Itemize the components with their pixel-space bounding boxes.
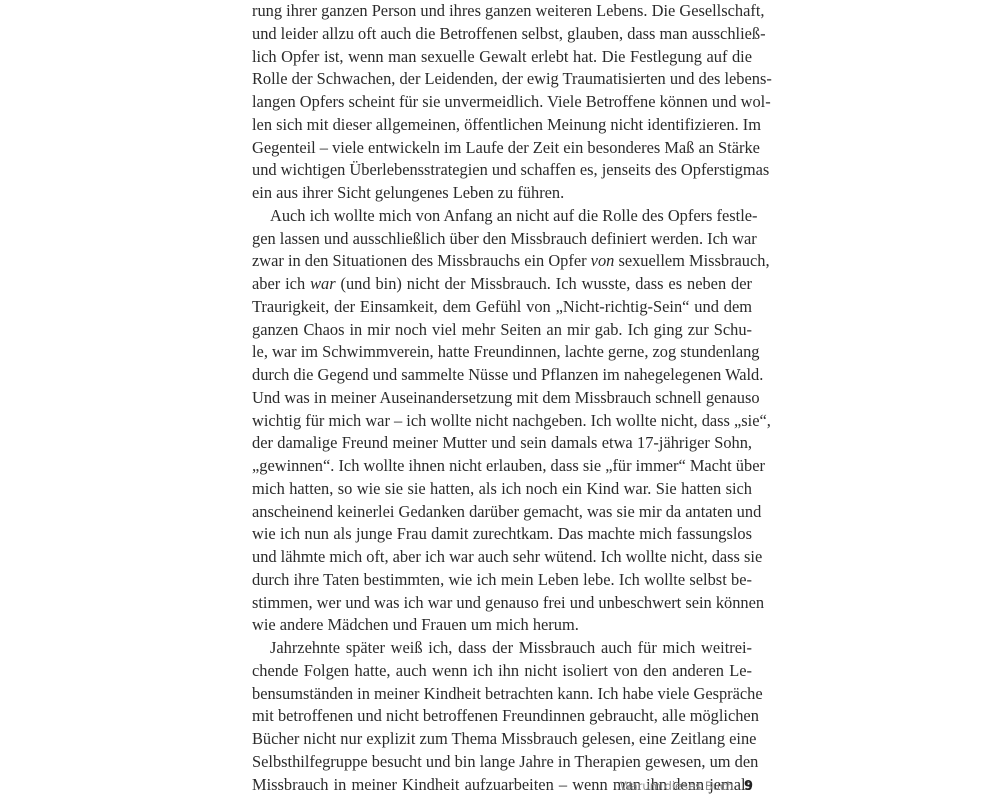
text-line: anscheinend keinerlei Gedanken darüber g… — [252, 501, 752, 524]
text-line: und leider allzu oft auch die Betroffene… — [252, 23, 752, 46]
running-head: Warum dieses Buch — [620, 779, 734, 793]
text-segment: aber ich — [252, 274, 310, 293]
page-number: 9 — [744, 779, 753, 794]
text-segment: zwar in den Situationen des Missbrauchs … — [252, 251, 591, 270]
text-line: „gewinnen“. Ich wollte ihnen nicht erlau… — [252, 455, 752, 478]
text-line: Und was in meiner Auseinandersetzung mit… — [252, 387, 752, 410]
book-page-body: rung ihrer ganzen Person und ihres ganze… — [252, 0, 752, 796]
text-line: ganzen Chaos in mir noch viel mehr Seite… — [252, 319, 752, 342]
text-line: wie ich nun als junge Frau damit zurecht… — [252, 523, 752, 546]
text-line: gen lassen und ausschließlich über den M… — [252, 228, 752, 251]
text-line: und wichtigen Überlebensstrategien und s… — [252, 159, 752, 182]
text-line: Bücher nicht nur explizit zum Thema Miss… — [252, 728, 752, 751]
text-line: durch ihre Taten bestimmten, wie ich mei… — [252, 569, 752, 592]
text-line: len sich mit dieser allgemeinen, öffentl… — [252, 114, 752, 137]
paragraph-end-line: wie andere Mädchen und Frauen um mich he… — [252, 614, 752, 637]
text-line: der damalige Freund meiner Mutter und se… — [252, 432, 752, 455]
text-line: Traurigkeit, der Einsamkeit, dem Gefühl … — [252, 296, 752, 319]
text-line: langen Opfers scheint für sie unvermeidl… — [252, 91, 752, 114]
text-line: le, war im Schwimmverein, hatte Freundin… — [252, 341, 752, 364]
text-segment: sexuellem Missbrauch, — [614, 251, 769, 270]
paragraph-start-line: Auch ich wollte mich von Anfang an nicht… — [252, 205, 752, 228]
text-line: lich Opfer ist, wenn man sexuelle Gewalt… — [252, 46, 752, 69]
paragraph-end-line: ein aus ihrer Sicht gelungenes Leben zu … — [252, 182, 752, 205]
text-line: Rolle der Schwachen, der Leidenden, der … — [252, 68, 752, 91]
text-line: Gegenteil – viele entwickeln im Laufe de… — [252, 137, 752, 160]
emphasis-von: von — [591, 251, 615, 270]
text-line: mit betroffenen und nicht betroffenen Fr… — [252, 705, 752, 728]
text-line: Selbsthilfegruppe besucht und bin lange … — [252, 751, 752, 774]
text-line: wichtig für mich war – ich wollte nicht … — [252, 410, 752, 433]
text-line-with-italic: aber ich war (und bin) nicht der Missbra… — [252, 273, 752, 296]
text-line-with-italic: zwar in den Situationen des Missbrauchs … — [252, 250, 752, 273]
page-footer: Warum dieses Buch 9 — [620, 779, 753, 794]
text-line: stimmen, wer und was ich war und genauso… — [252, 592, 752, 615]
paragraph-start-line: Jahrzehnte später weiß ich, dass der Mis… — [252, 637, 752, 660]
emphasis-war: war — [310, 274, 336, 293]
text-line: durch die Gegend und sammelte Nüsse und … — [252, 364, 752, 387]
text-segment: (und bin) nicht der Missbrauch. Ich wuss… — [336, 274, 752, 293]
text-line: mich hatten, so wie sie sie hatten, als … — [252, 478, 752, 501]
text-line: chende Folgen hatte, auch wenn ich ihn n… — [252, 660, 752, 683]
text-line: rung ihrer ganzen Person und ihres ganze… — [252, 0, 752, 23]
text-line: bensumständen in meiner Kindheit betrach… — [252, 683, 752, 706]
text-line: und lähmte mich oft, aber ich war auch s… — [252, 546, 752, 569]
